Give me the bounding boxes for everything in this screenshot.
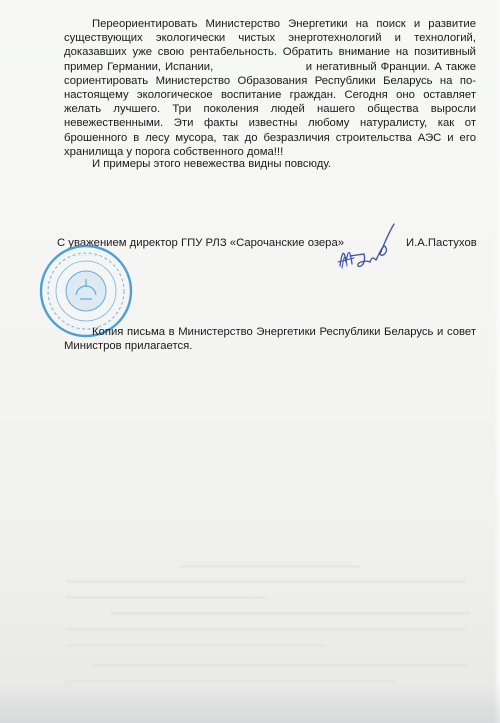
paragraph-examples: И примеры этого невежества видны повсюду… [64, 157, 476, 171]
paragraph-main: Переориентировать Министерство Энергетик… [64, 17, 476, 159]
handwritten-signature-icon [336, 222, 396, 277]
page-shadow [0, 683, 500, 723]
page-edge [494, 0, 500, 723]
svg-text:· · · · · · · · ·: · · · · · · · · · [72, 253, 99, 259]
signatory-name: И.А.Пастухов [406, 236, 477, 250]
copy-note: Копия письма в Министерство Энергетики Р… [64, 325, 476, 353]
